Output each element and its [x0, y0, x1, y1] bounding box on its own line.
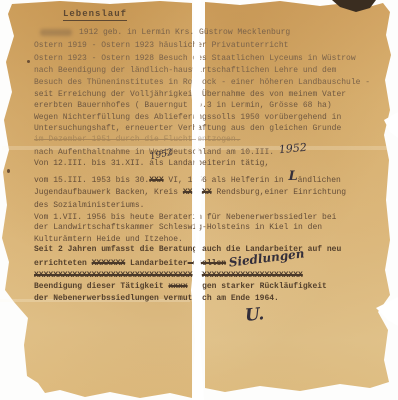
- typed-line: Von 12.III. bis 31.XII. als Landarbeiter…: [34, 159, 269, 168]
- document-title: Lebenslauf: [63, 9, 127, 21]
- typed-line: Beendigung dieser Tätigkeit xxxx wegen s…: [34, 282, 327, 291]
- typed-line: des Sozialministeriums.: [34, 201, 144, 210]
- scanned-lebenslauf-document: Lebenslauf 1912 geb. in Lermin Krs. Güst…: [0, 0, 398, 400]
- typed-line: der Landwirtschaftskammer Schleswig-Hols…: [34, 223, 322, 232]
- typed-line: vom 15.III. 1953 bis 30.XXX VI, 1956 als…: [34, 174, 341, 185]
- struck-text: XXXXXXX: [92, 259, 126, 268]
- typed-line: Ostern 1919 - Ostern 1923 häuslicher Pri…: [34, 41, 288, 50]
- handwritten-letter: L: [288, 172, 297, 181]
- typed-line: der Nebenerwerbssiedlungen vermutlich am…: [34, 294, 279, 303]
- typed-line: Untersuchungshaft, erneuerter Verhaftung…: [34, 124, 341, 133]
- struck-text: xxxx: [168, 282, 187, 291]
- typed-text: Beendigung dieser Tätigkeit: [34, 282, 168, 291]
- typed-text: Landarbeiter: [125, 259, 187, 268]
- handwritten-year: 1952: [279, 143, 308, 154]
- struck-text: XXXXXXXXXXXXXXXXXXXXXXXXXXXXXXXXXXXXXXXX…: [34, 271, 303, 280]
- typed-text: Rendsburg,einer Einrichtung: [212, 188, 346, 197]
- typed-text: Jugendaufbauwerk Backen, Kreis: [34, 188, 183, 197]
- handwritten-initial-signature: U.: [244, 304, 265, 326]
- typed-line: Besuch des Thüneninstitutes in Rostock -…: [34, 78, 370, 87]
- typed-text: errichteten: [34, 259, 92, 268]
- typed-text: vom 15.III. 1953 bis 30.: [34, 176, 149, 185]
- typed-line: nach Beendigung der ländlich-hauswirtsch…: [34, 66, 336, 75]
- typed-line: Kulturämtern Heide und Itzehoe.: [34, 235, 183, 244]
- typed-line: 1912 geb. in Lermin Krs. Güstrow Mecklen…: [79, 28, 290, 37]
- typed-line: ererbten Bauernhofes ( Bauerngut No.3 in…: [34, 101, 332, 110]
- struck-text: XXX: [149, 176, 163, 185]
- typed-line: seit Erreichung der Volljährigkeit Übern…: [34, 90, 346, 99]
- typed-line: Jugendaufbauwerk Backen, Kreis XXXXXX Re…: [34, 188, 346, 197]
- typed-line: Wegen Nichterfüllung des Ablieferungssol…: [34, 113, 341, 122]
- typed-line: errichteten XXXXXXX Landarbeiter-stellen…: [34, 257, 305, 268]
- typed-line: Vom 1.VII. 1956 bis heute Beraterin für …: [34, 213, 336, 222]
- typed-text: VI, 1956 als Helferin in: [164, 176, 289, 185]
- typed-text: ändlichen: [298, 176, 341, 185]
- typed-line-faded: im Dezember 1951 durch die Flucht entzog…: [34, 135, 240, 144]
- faded-smudge: [40, 29, 72, 36]
- crossed-out-line: XXXXXXXXXXXXXXXXXXXXXXXXXXXXXXXXXXXXXXXX…: [34, 271, 303, 280]
- typed-text: wegen starker Rückläufigkeit: [188, 282, 327, 291]
